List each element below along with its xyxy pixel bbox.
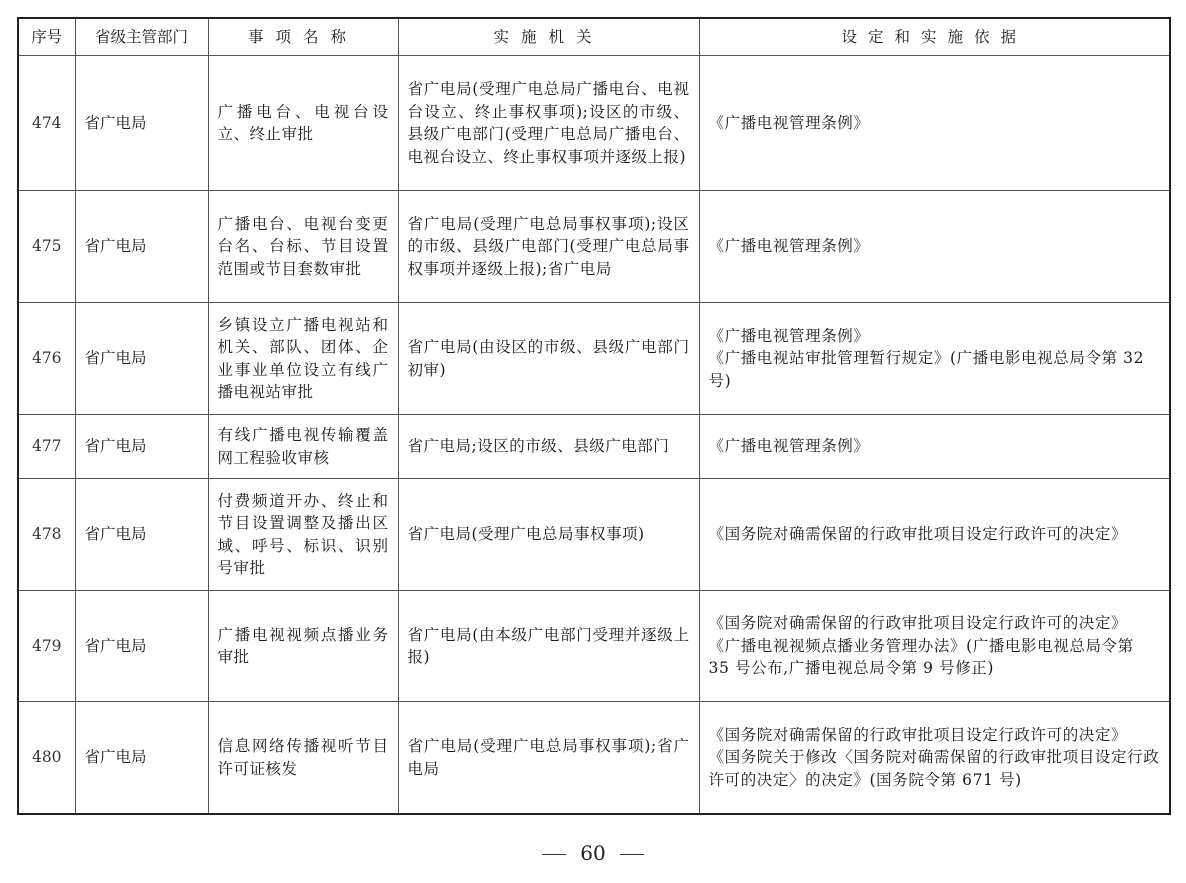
row-serial-number: 478 xyxy=(18,479,75,591)
row-department: 省广电局 xyxy=(75,479,208,591)
legal-basis-line: 《广播电视站审批管理暂行规定》(广播电影电视总局令第 32 号) xyxy=(709,347,1161,392)
row-implementing-agency: 省广电局(由设区的市级、县级广电部门初审) xyxy=(398,303,699,415)
row-serial-number: 477 xyxy=(18,415,75,479)
row-legal-basis: 《广播电视管理条例》 《广播电视站审批管理暂行规定》(广播电影电视总局令第 32… xyxy=(699,303,1170,415)
header-department: 省级主管部门 xyxy=(75,18,208,56)
header-legal-basis: 设定和实施依据 xyxy=(699,18,1170,56)
row-department: 省广电局 xyxy=(75,56,208,191)
row-department: 省广电局 xyxy=(75,702,208,815)
table-row: 479 省广电局 广播电视视频点播业务审批 省广电局(由本级广电部门受理并逐级上… xyxy=(18,591,1170,702)
row-serial-number: 480 xyxy=(18,702,75,815)
row-department: 省广电局 xyxy=(75,591,208,702)
legal-basis-line: 《广播电视管理条例》 xyxy=(709,235,1161,258)
row-implementing-agency: 省广电局(受理广电总局事权事项);设区的市级、县级广电部门(受理广电总局事权事项… xyxy=(398,191,699,303)
header-serial-number: 序号 xyxy=(18,18,75,56)
legal-basis-line: 《广播电视管理条例》 xyxy=(709,325,1161,348)
row-legal-basis: 《广播电视管理条例》 xyxy=(699,415,1170,479)
row-item-name: 广播电视视频点播业务审批 xyxy=(208,591,398,702)
legal-basis-line: 《国务院关于修改〈国务院对确需保留的行政审批项目设定行政许可的决定〉的决定》(国… xyxy=(709,746,1161,791)
row-implementing-agency: 省广电局(由本级广电部门受理并逐级上报) xyxy=(398,591,699,702)
page-footer: 60 xyxy=(0,841,1186,865)
header-item-name: 事项名称 xyxy=(208,18,398,56)
administrative-approval-table: 序号 省级主管部门 事项名称 实施机关 设定和实施依据 474 省广电局 广播电… xyxy=(17,17,1171,815)
row-legal-basis: 《广播电视管理条例》 xyxy=(699,56,1170,191)
document-page: 序号 省级主管部门 事项名称 实施机关 设定和实施依据 474 省广电局 广播电… xyxy=(0,0,1186,883)
row-legal-basis: 《国务院对确需保留的行政审批项目设定行政许可的决定》 xyxy=(699,479,1170,591)
row-implementing-agency: 省广电局(受理广电总局广播电台、电视台设立、终止事权事项);设区的市级、县级广电… xyxy=(398,56,699,191)
row-legal-basis: 《广播电视管理条例》 xyxy=(699,191,1170,303)
header-implementing-agency: 实施机关 xyxy=(398,18,699,56)
row-implementing-agency: 省广电局(受理广电总局事权事项) xyxy=(398,479,699,591)
row-serial-number: 476 xyxy=(18,303,75,415)
table-row: 474 省广电局 广播电台、电视台设立、终止审批 省广电局(受理广电总局广播电台… xyxy=(18,56,1170,191)
footer-dash-right xyxy=(620,854,644,855)
table-row: 480 省广电局 信息网络传播视听节目许可证核发 省广电局(受理广电总局事权事项… xyxy=(18,702,1170,815)
row-item-name: 信息网络传播视听节目许可证核发 xyxy=(208,702,398,815)
footer-dash-left xyxy=(542,854,566,855)
legal-basis-line: 《国务院对确需保留的行政审批项目设定行政许可的决定》 xyxy=(709,612,1161,635)
row-legal-basis: 《国务院对确需保留的行政审批项目设定行政许可的决定》 《广播电视视频点播业务管理… xyxy=(699,591,1170,702)
row-item-name: 广播电台、电视台设立、终止审批 xyxy=(208,56,398,191)
row-item-name: 付费频道开办、终止和节目设置调整及播出区域、呼号、标识、识别号审批 xyxy=(208,479,398,591)
row-serial-number: 475 xyxy=(18,191,75,303)
table-row: 478 省广电局 付费频道开办、终止和节目设置调整及播出区域、呼号、标识、识别号… xyxy=(18,479,1170,591)
row-serial-number: 479 xyxy=(18,591,75,702)
legal-basis-line: 《广播电视视频点播业务管理办法》(广播电影电视总局令第 35 号公布,广播电视总… xyxy=(709,635,1161,680)
row-implementing-agency: 省广电局;设区的市级、县级广电部门 xyxy=(398,415,699,479)
table-header-row: 序号 省级主管部门 事项名称 实施机关 设定和实施依据 xyxy=(18,18,1170,56)
legal-basis-line: 《广播电视管理条例》 xyxy=(709,112,1161,135)
row-item-name: 有线广播电视传输覆盖网工程验收审核 xyxy=(208,415,398,479)
legal-basis-line: 《广播电视管理条例》 xyxy=(709,435,1161,458)
row-legal-basis: 《国务院对确需保留的行政审批项目设定行政许可的决定》 《国务院关于修改〈国务院对… xyxy=(699,702,1170,815)
row-item-name: 乡镇设立广播电视站和机关、部队、团体、企业事业单位设立有线广播电视站审批 xyxy=(208,303,398,415)
table-row: 475 省广电局 广播电台、电视台变更台名、台标、节目设置范围或节目套数审批 省… xyxy=(18,191,1170,303)
table-row: 477 省广电局 有线广播电视传输覆盖网工程验收审核 省广电局;设区的市级、县级… xyxy=(18,415,1170,479)
legal-basis-line: 《国务院对确需保留的行政审批项目设定行政许可的决定》 xyxy=(709,724,1161,747)
page-number: 60 xyxy=(580,841,605,865)
row-implementing-agency: 省广电局(受理广电总局事权事项);省广电局 xyxy=(398,702,699,815)
table-row: 476 省广电局 乡镇设立广播电视站和机关、部队、团体、企业事业单位设立有线广播… xyxy=(18,303,1170,415)
row-item-name: 广播电台、电视台变更台名、台标、节目设置范围或节目套数审批 xyxy=(208,191,398,303)
row-department: 省广电局 xyxy=(75,415,208,479)
row-department: 省广电局 xyxy=(75,191,208,303)
row-serial-number: 474 xyxy=(18,56,75,191)
row-department: 省广电局 xyxy=(75,303,208,415)
legal-basis-line: 《国务院对确需保留的行政审批项目设定行政许可的决定》 xyxy=(709,523,1161,546)
